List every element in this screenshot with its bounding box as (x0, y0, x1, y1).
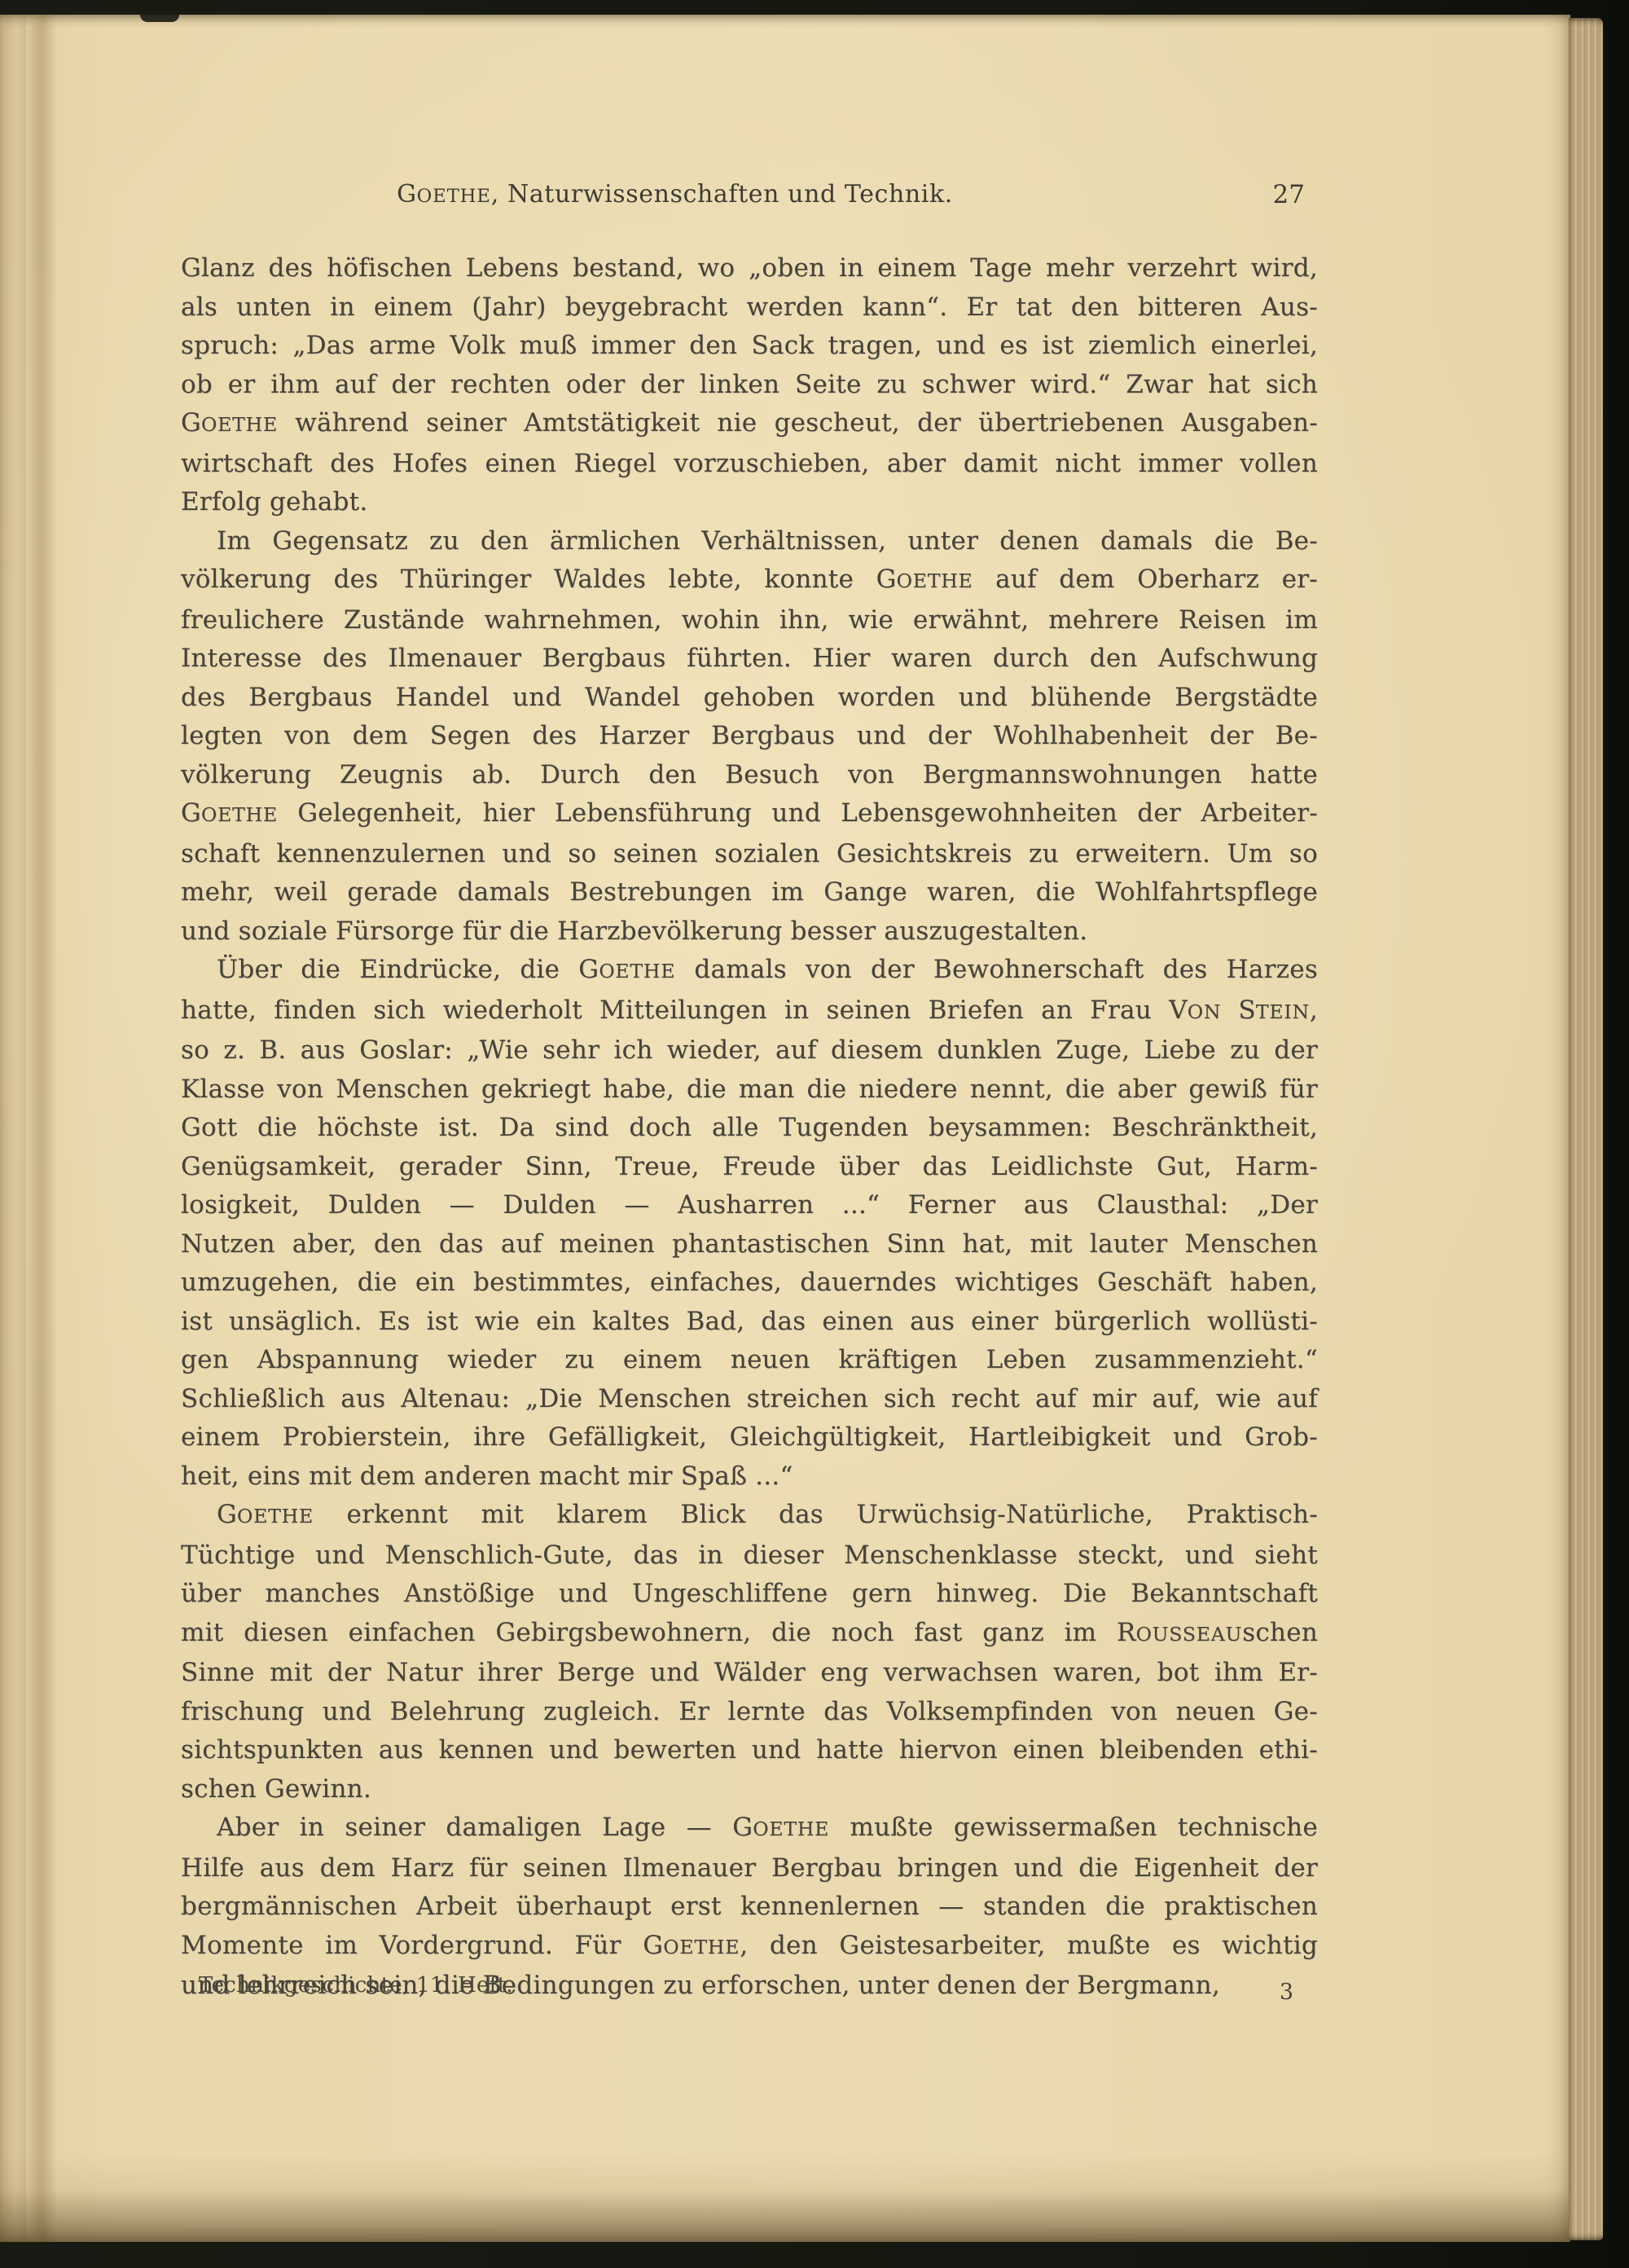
text-line: über manches Anstößige und Ungeschliffen… (181, 1575, 1318, 1614)
text-line: völkerung Zeugnis ab. Durch den Besuch v… (181, 756, 1318, 795)
page-number: 27 (1273, 180, 1305, 209)
paragraph: Über die Eindrücke, die GOETHE damals vo… (181, 951, 1318, 1496)
text-line: einem Probierstein, ihre Gefälligkeit, G… (181, 1418, 1318, 1457)
text-line: Genügsamkeit, gerader Sinn, Treue, Freud… (181, 1148, 1318, 1187)
book-page: GOETHE, Naturwissenschaften und Technik.… (0, 15, 1570, 2242)
text-line: Sinne mit der Natur ihrer Berge und Wäld… (181, 1654, 1318, 1693)
text-line: losigkeit, Dulden — Dulden — Ausharren .… (181, 1186, 1318, 1225)
top-clamp-shadow (140, 11, 179, 22)
text-line: GOETHE erkennt mit klarem Blick das Urwü… (181, 1496, 1318, 1536)
text-line: schen Gewinn. (181, 1770, 1318, 1809)
gutter-shading (0, 15, 26, 2242)
text-line: bergmännischen Arbeit überhaupt erst ken… (181, 1888, 1318, 1927)
text-line: mehr, weil gerade damals Bestrebungen im… (181, 873, 1318, 912)
text-line: des Bergbaus Handel und Wandel gehoben w… (181, 679, 1318, 718)
text-line: frischung und Belehrung zugleich. Er ler… (181, 1693, 1318, 1732)
text-line: heit, eins mit dem anderen macht mir Spa… (181, 1457, 1318, 1497)
gutter-crease (24, 15, 57, 2242)
text-line: und soziale Fürsorge für die Harzbevölke… (181, 912, 1318, 952)
running-header: GOETHE, Naturwissenschaften und Technik.… (181, 180, 1319, 216)
text-line: ob er ihm auf der rechten oder der linke… (181, 366, 1318, 405)
text-line: Im Gegensatz zu den ärmlichen Verhältnis… (181, 522, 1318, 561)
text-line: gen Abspannung wieder zu einem neuen krä… (181, 1341, 1318, 1380)
header-title: GOETHE, Naturwissenschaften und Technik. (181, 180, 1169, 209)
text-line: Über die Eindrücke, die GOETHE damals vo… (181, 951, 1318, 991)
text-line: Aber in seiner damaligen Lage — GOETHE m… (181, 1809, 1318, 1849)
page-edge-stripes (1569, 18, 1603, 2240)
text-line: ist unsäglich. Es ist wie ein kaltes Bad… (181, 1303, 1318, 1342)
text-line: hatte, finden sich wiederholt Mitteilung… (181, 991, 1318, 1032)
text-line: Interesse des Ilmenauer Bergbaus führten… (181, 640, 1318, 679)
text-line: mit diesen einfachen Gebirgsbewohnern, d… (181, 1614, 1318, 1655)
paragraph: Im Gegensatz zu den ärmlichen Verhältnis… (181, 522, 1318, 952)
text-line: spruch: „Das arme Volk muß immer den Sac… (181, 327, 1318, 366)
paragraph: Glanz des höfischen Lebens bestand, wo „… (181, 249, 1318, 522)
photo-background: GOETHE, Naturwissenschaften und Technik.… (0, 0, 1629, 2268)
text-line: Nutzen aber, den das auf meinen phantast… (181, 1225, 1318, 1264)
text-line: wirtschaft des Hofes einen Riegel vorzus… (181, 445, 1318, 484)
paragraphs: Glanz des höfischen Lebens bestand, wo „… (181, 249, 1318, 2006)
page-bottom-shadow (0, 2190, 1570, 2242)
text-line: Glanz des höfischen Lebens bestand, wo „… (181, 249, 1318, 288)
text-line: Klasse von Menschen gekriegt habe, die m… (181, 1070, 1318, 1110)
text-line: sichtspunkten aus kennen und bewerten un… (181, 1731, 1318, 1770)
text-line: Tüchtige und Menschlich-Gute, das in die… (181, 1536, 1318, 1576)
text-line: Schließlich aus Altenau: „Die Menschen s… (181, 1380, 1318, 1419)
text-line: legten von dem Segen des Harzer Bergbaus… (181, 717, 1318, 756)
text-line: Erfolg gehabt. (181, 483, 1318, 522)
text-line: freulichere Zustände wahrnehmen, wohin i… (181, 601, 1318, 640)
text-line: als unten in einem (Jahr) beygebracht we… (181, 288, 1318, 327)
paragraph: GOETHE erkennt mit klarem Blick das Urwü… (181, 1496, 1318, 1809)
text-line: umzugehen, die ein bestimmtes, einfaches… (181, 1264, 1318, 1303)
text-line: schaft kennenzulernen und so seinen sozi… (181, 835, 1318, 874)
text-line: so z. B. aus Goslar: „Wie sehr ich wiede… (181, 1031, 1318, 1070)
footer-imprint: Technikgeschichte, 11. Heft. (199, 1973, 513, 1998)
footer-sheet-number: 3 (1280, 1980, 1293, 2005)
text-line: völkerung des Thüringer Waldes lebte, ko… (181, 560, 1318, 601)
text-line: Hilfe aus dem Harz für seinen Ilmenauer … (181, 1849, 1318, 1888)
text-line: GOETHE Gelegenheit, hier Lebensführung u… (181, 794, 1318, 835)
text-line: GOETHE während seiner Amtstätigkeit nie … (181, 404, 1318, 445)
text-line: Momente im Vordergrund. Für GOETHE, den … (181, 1927, 1318, 1967)
text-line: Gott die höchste ist. Da sind doch alle … (181, 1109, 1318, 1148)
